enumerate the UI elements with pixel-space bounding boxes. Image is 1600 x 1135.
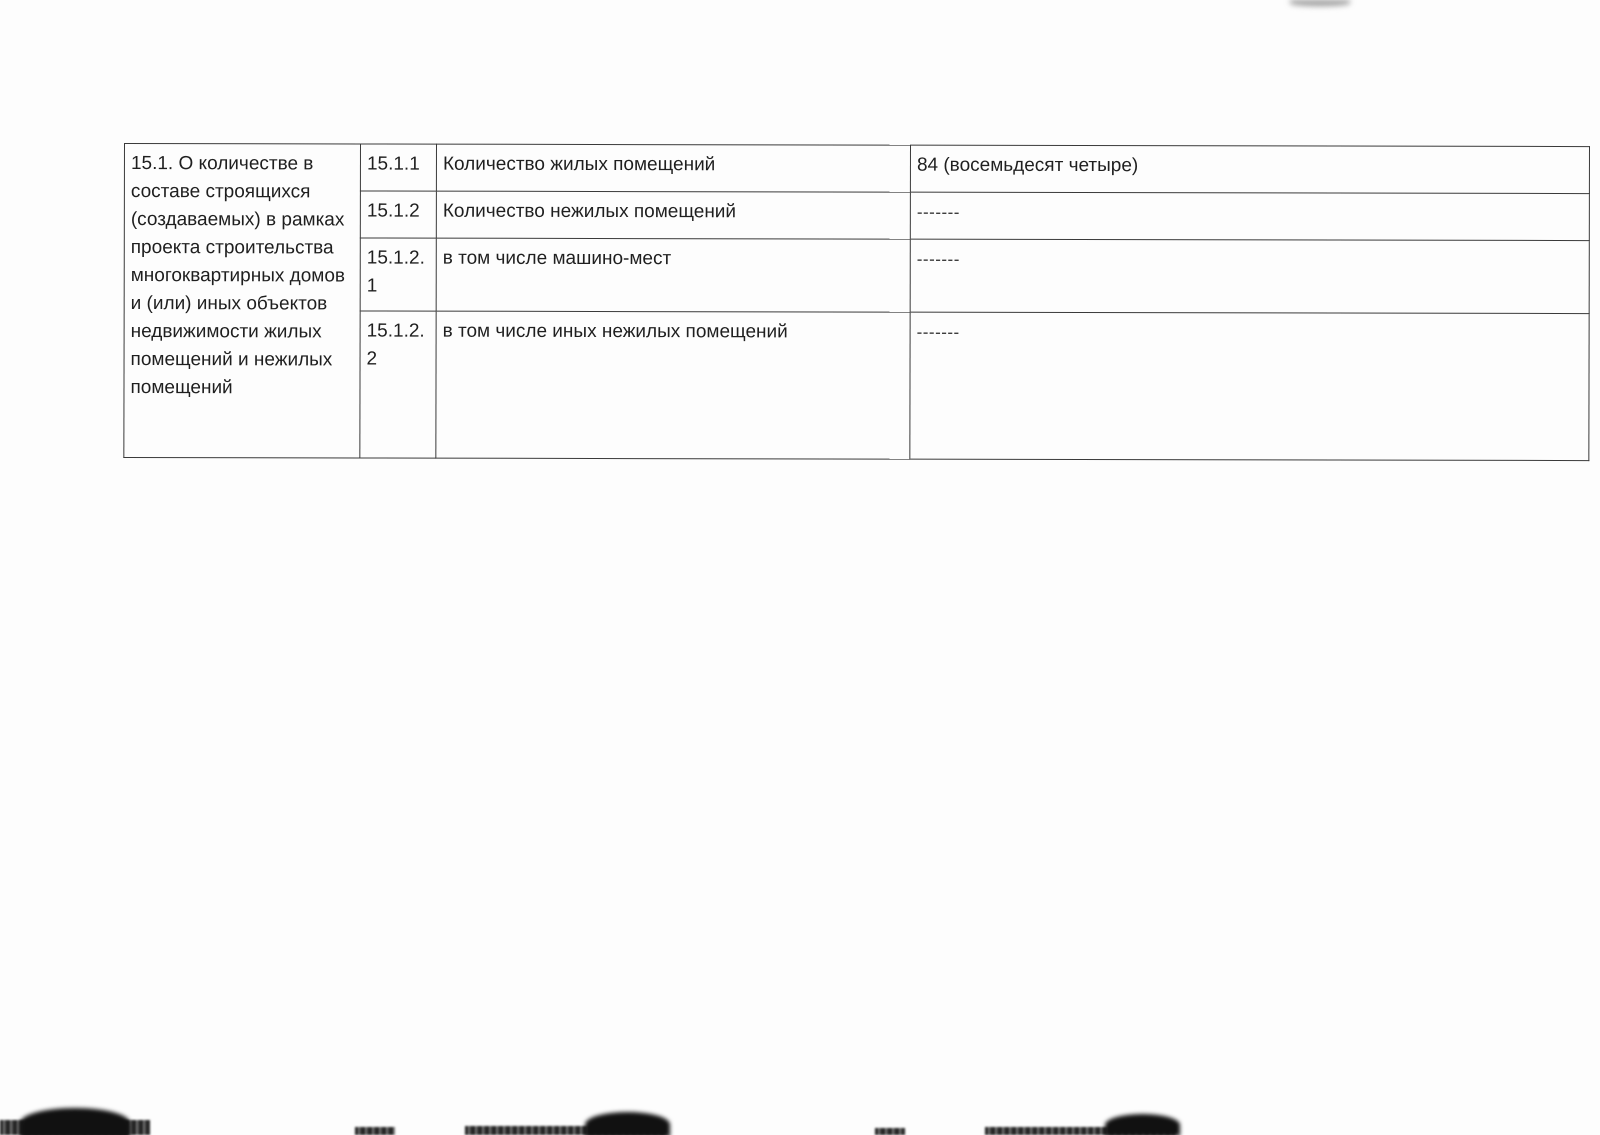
row-label: в том числе машино-мест — [436, 238, 910, 312]
row-label: Количество жилых помещений — [436, 144, 910, 192]
row-value: ------- — [910, 312, 1589, 460]
scan-artifact-strip — [875, 1128, 905, 1135]
scan-artifact-blot — [585, 1112, 670, 1135]
scanned-page: 15.1. О количестве в составе строящихся … — [0, 0, 1600, 1135]
info-table: 15.1. О количестве в составе строящихся … — [123, 143, 1590, 461]
scan-artifact-strip — [355, 1127, 395, 1135]
row-value: ------- — [910, 239, 1589, 313]
row-label: Количество нежилых помещений — [436, 191, 910, 239]
row-code: 15.1.2. 1 — [360, 238, 436, 311]
scan-artifact-blot — [1105, 1114, 1180, 1135]
scan-artifact-blot — [20, 1108, 130, 1135]
row-code: 15.1.2 — [360, 191, 436, 238]
row-code: 15.1.2. 2 — [360, 311, 436, 458]
section-title: 15.1. О количестве в составе строящихся … — [130, 153, 345, 398]
scan-artifact-top — [1290, 0, 1350, 6]
row-value: 84 (восемьдесят четыре) — [910, 145, 1589, 193]
section-title-cell: 15.1. О количестве в составе строящихся … — [124, 144, 361, 458]
row-value: ------- — [910, 192, 1589, 240]
table-row: 15.1. О количестве в составе строящихся … — [124, 144, 1589, 194]
row-code: 15.1.1 — [360, 144, 436, 191]
row-label: в том числе иных нежилых помещений — [436, 311, 910, 459]
